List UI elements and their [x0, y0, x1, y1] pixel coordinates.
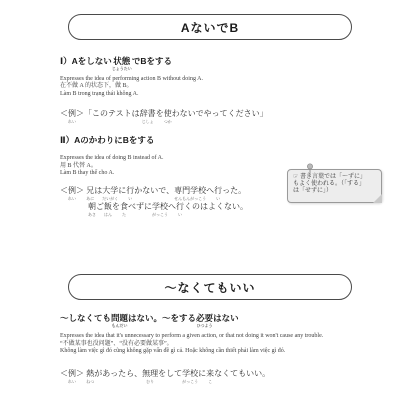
pattern-3-title: 〜しなくても 問題もんだいはない。〜をする 必要ひつようはない: [60, 313, 352, 328]
pattern-1-glosses: Expresses the idea of performing action …: [60, 76, 352, 98]
folded-corner: [373, 194, 382, 203]
sticky-note: ☞ 書き言葉では「〜ずに」 もよく使われる。（「する」 は「せずに」）: [287, 169, 382, 203]
pattern-1-gloss-zh: 在不做 A 的状态下，做 B。: [60, 83, 352, 90]
grammar-header-naide-label: AないでB: [181, 19, 239, 36]
pattern-2-example-2: 朝あさご 飯はんを 食たべずに 学校がっこうへ 行いくのはよくない。: [60, 202, 352, 217]
pattern-2-gloss-en: Expresses the idea of doing B instead of…: [60, 155, 352, 162]
pushpin-icon: [305, 163, 315, 173]
pattern-3-gloss-en: Expresses the idea that it's unnecessary…: [60, 333, 352, 340]
pattern-1-gloss-vi: Làm B trong trạng thái không A.: [60, 91, 352, 98]
grammar-header-nakutemoii: 〜なくてもいい: [68, 274, 352, 300]
sticky-note-line-3: は「せずに」）: [293, 188, 377, 195]
grammar-header-naide: AないでB: [68, 14, 352, 40]
textbook-page: AないでB Ⅰ）Aをしない 状態じょうたいでBをする Expresses the…: [0, 0, 400, 400]
pattern-3-gloss-vi: Không làm việc gì đó cũng không gặp vấn …: [60, 348, 352, 355]
pattern-1-title: Ⅰ）Aをしない 状態じょうたいでBをする: [60, 56, 352, 71]
pattern-3-example: ＜ 例れい＞ 熱ねつがあったら、 無理むりをして 学校がっこうに 来こなくてもい…: [60, 369, 352, 384]
pattern-3-glosses: Expresses the idea that it's unnecessary…: [60, 333, 352, 355]
grammar-header-nakutemoii-label: 〜なくてもいい: [164, 279, 255, 296]
pattern-2-title: Ⅱ）AのかわりにBをする: [60, 135, 352, 150]
pattern-1-example: ＜ 例れい＞「このテストは 辞書じしょを 使つかわないでやってください」: [60, 109, 352, 124]
